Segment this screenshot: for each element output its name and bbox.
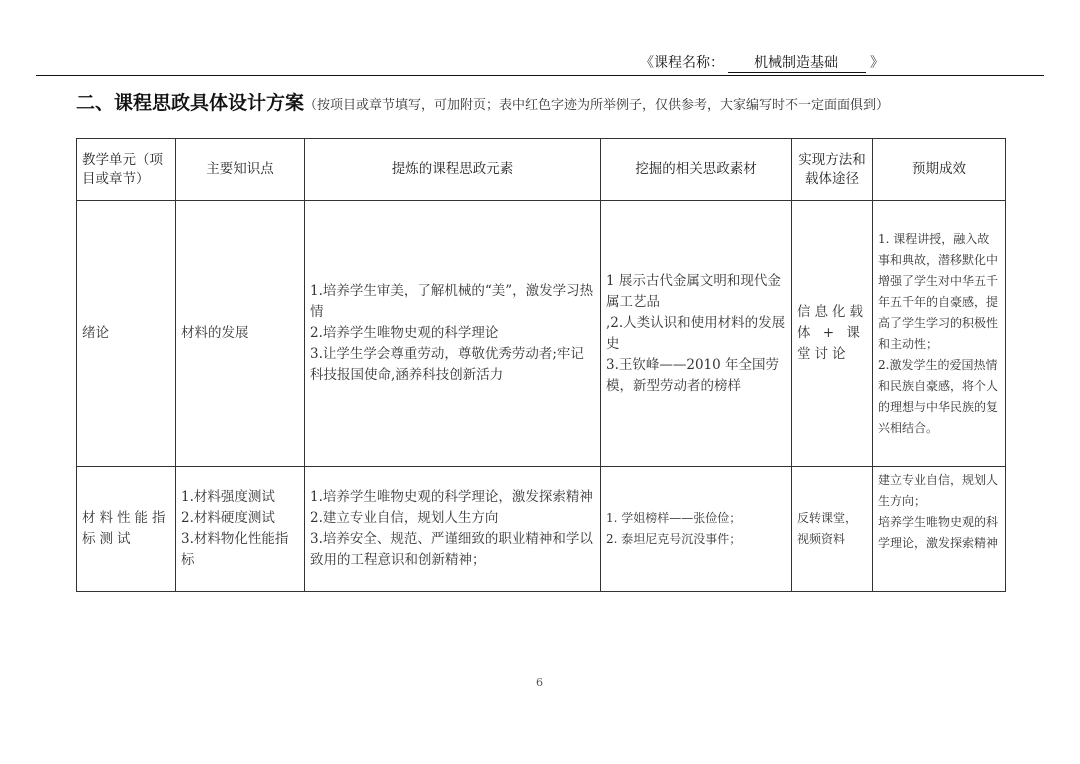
material-item: 2. 泰坦尼克号沉没事件；: [606, 529, 786, 550]
element-item: 1.培养学生唯物史观的科学理论，激发探索精神: [310, 487, 595, 508]
element-item: 2.建立专业自信，规划人生方向: [310, 508, 595, 529]
course-header-prefix: 《课程名称：: [640, 55, 724, 71]
course-name: 机械制造基础: [728, 52, 866, 73]
knowledge-point-item: 3.材料物化性能指标: [181, 529, 299, 571]
header-ideological-elements: 提炼的课程思政元素: [305, 139, 601, 201]
cell-outcomes: 建立专业自信，规划人生方向； 培养学生唯物史观的科学理论，激发探索精神: [873, 467, 1006, 592]
cell-unit: 材料性能指标测试: [77, 467, 176, 592]
course-header: 《课程名称：机械制造基础》: [640, 52, 884, 73]
cell-knowledge-points: 材料的发展: [176, 201, 305, 467]
cell-unit: 绪论: [77, 201, 176, 467]
knowledge-point-item: 材料的发展: [181, 323, 299, 344]
outcome-item: 2.激发学生的爱国热情和民族自豪感，将个人的理想与中华民族的复兴相结合。: [878, 355, 1000, 439]
material-item: 1. 学姐榜样——张俭俭；: [606, 508, 786, 529]
material-item: ,2.人类认识和使用材料的发展史: [606, 313, 786, 355]
cell-materials: 1 展示古代金属文明和现代金属工艺品 ,2.人类认识和使用材料的发展史 3.王钦…: [601, 201, 792, 467]
knowledge-point-item: 2.材料硬度测试: [181, 508, 299, 529]
element-item: 1.培养学生审美，了解机械的“美”，激发学习热情: [310, 281, 595, 323]
section-heading: 二、课程思政具体设计方案（按项目或章节填写，可加附页；表中红色字迹为所举例子，仅…: [76, 88, 889, 115]
section-note: （按项目或章节填写，可加附页；表中红色字迹为所举例子，仅供参考，大家编写时不一定…: [304, 98, 889, 113]
element-item: 3.让学生学会尊重劳动，尊敬优秀劳动者;牢记科技报国使命,涵养科技创新活力: [310, 344, 595, 386]
material-item: 1 展示古代金属文明和现代金属工艺品: [606, 271, 786, 313]
cell-outcomes: 1. 课程讲授，融入故事和典故，潜移默化中增强了学生对中华五千年五千年的自豪感，…: [873, 201, 1006, 467]
header-teaching-unit: 教学单元（项目或章节）: [77, 139, 176, 201]
cell-elements: 1.培养学生审美，了解机械的“美”，激发学习热情 2.培养学生唯物史观的科学理论…: [305, 201, 601, 467]
page-number: 6: [536, 676, 543, 689]
element-item: 3.培养安全、规范、严谨细致的职业精神和学以致用的工程意识和创新精神；: [310, 529, 595, 571]
cell-methods: 信息化载体 + 课堂讨论: [792, 201, 873, 467]
header-divider: [36, 75, 1044, 76]
table-row: 材料性能指标测试 1.材料强度测试 2.材料硬度测试 3.材料物化性能指标 1.…: [77, 467, 1006, 592]
header-expected-outcomes: 预期成效: [873, 139, 1006, 201]
outcome-item: 培养学生唯物史观的科学理论，激发探索精神: [878, 512, 1000, 554]
cell-elements: 1.培养学生唯物史观的科学理论，激发探索精神 2.建立专业自信，规划人生方向 3…: [305, 467, 601, 592]
header-methods: 实现方法和载体途径: [792, 139, 873, 201]
outcome-item: 建立专业自信，规划人生方向；: [878, 470, 1000, 512]
cell-materials: 1. 学姐榜样——张俭俭； 2. 泰坦尼克号沉没事件；: [601, 467, 792, 592]
design-plan-table: 教学单元（项目或章节） 主要知识点 提炼的课程思政元素 挖掘的相关思政素材 实现…: [76, 138, 1006, 592]
material-item: 3.王钦峰——2010 年全国劳模，新型劳动者的榜样: [606, 355, 786, 397]
table-row: 绪论 材料的发展 1.培养学生审美，了解机械的“美”，激发学习热情 2.培养学生…: [77, 201, 1006, 467]
header-related-materials: 挖掘的相关思政素材: [601, 139, 792, 201]
cell-knowledge-points: 1.材料强度测试 2.材料硬度测试 3.材料物化性能指标: [176, 467, 305, 592]
header-knowledge-points: 主要知识点: [176, 139, 305, 201]
section-title: 二、课程思政具体设计方案: [76, 92, 304, 114]
element-item: 2.培养学生唯物史观的科学理论: [310, 323, 595, 344]
knowledge-point-item: 1.材料强度测试: [181, 487, 299, 508]
cell-methods: 反转课堂，视频资料: [792, 467, 873, 592]
table-header-row: 教学单元（项目或章节） 主要知识点 提炼的课程思政元素 挖掘的相关思政素材 实现…: [77, 139, 1006, 201]
course-header-suffix: 》: [870, 55, 884, 71]
outcome-item: 1. 课程讲授，融入故事和典故，潜移默化中增强了学生对中华五千年五千年的自豪感，…: [878, 229, 1000, 355]
